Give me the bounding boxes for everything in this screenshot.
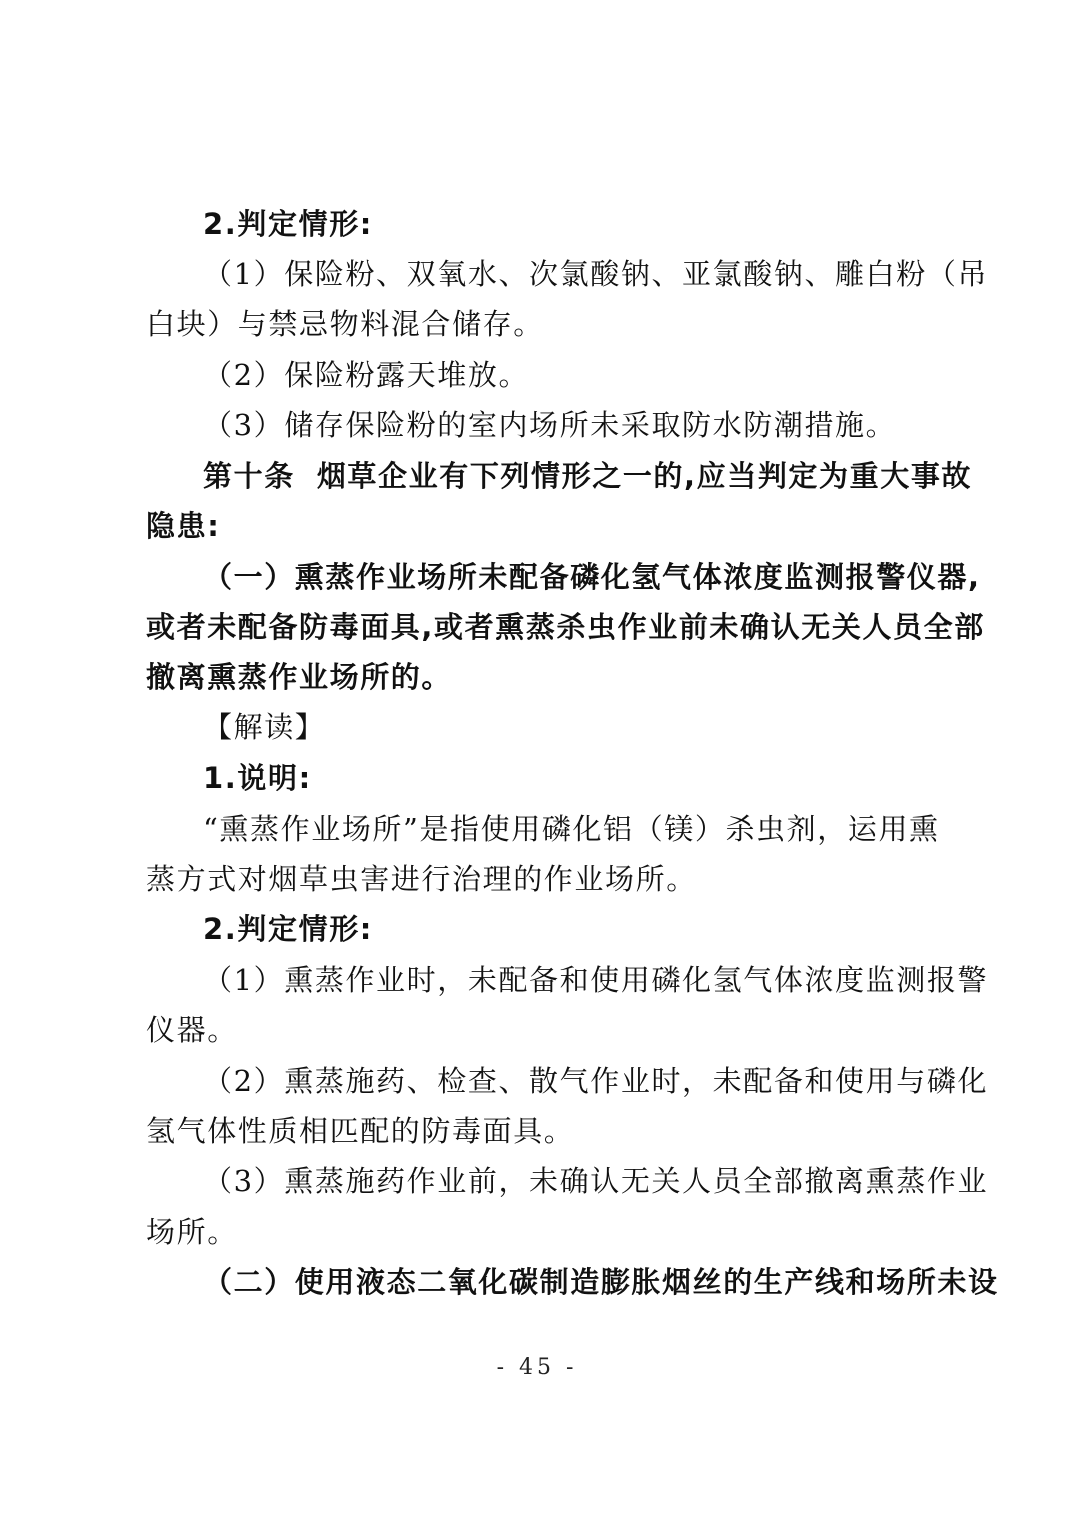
- article-ten-line-2: 隐患:: [146, 506, 220, 546]
- article-text: 烟草企业有下列情形之一的,应当判定为重大事故: [317, 459, 972, 493]
- prev-item-3: （3）储存保险粉的室内场所未采取防水防潮措施。: [203, 405, 896, 445]
- article-ten-line-1: 第十条烟草企业有下列情形之一的,应当判定为重大事故: [203, 456, 972, 496]
- interpretation-label: 【解读】: [203, 707, 325, 747]
- prev-item-1-line-1: （1）保险粉、双氧水、次氯酸钠、亚氯酸钠、雕白粉（吊: [203, 254, 988, 294]
- clause-1-line-1: （一）熏蒸作业场所未配备磷化氢气体浓度监测报警仪器,: [203, 557, 981, 597]
- judgement-item-1-line-1: （1）熏蒸作业时，未配备和使用磷化氢气体浓度监测报警: [203, 960, 988, 1000]
- explanation-heading: 1.说明:: [203, 758, 312, 798]
- judgement-item-2-line-1: （2）熏蒸施药、检查、散气作业时，未配备和使用与磷化: [203, 1061, 988, 1101]
- judgement-heading: 2.判定情形:: [203, 909, 373, 949]
- explanation-line-1: “熏蒸作业场所”是指使用磷化铝（镁）杀虫剂，运用熏: [203, 809, 940, 849]
- explanation-line-2: 蒸方式对烟草虫害进行治理的作业场所。: [146, 859, 697, 899]
- judgement-item-3-line-1: （3）熏蒸施药作业前，未确认无关人员全部撤离熏蒸作业: [203, 1161, 988, 1201]
- judgement-item-2-line-2: 氢气体性质相匹配的防毒面具。: [146, 1111, 574, 1151]
- judgement-item-1-line-2: 仪器。: [146, 1010, 238, 1050]
- clause-1-line-3: 撤离熏蒸作业场所的。: [146, 657, 452, 697]
- prev-item-1-line-2: 白块）与禁忌物料混合储存。: [146, 304, 544, 344]
- judgement-heading-prev: 2.判定情形:: [203, 204, 373, 244]
- judgement-item-3-line-2: 场所。: [146, 1212, 238, 1252]
- document-page: 2.判定情形: （1）保险粉、双氧水、次氯酸钠、亚氯酸钠、雕白粉（吊 白块）与禁…: [0, 0, 1074, 1520]
- clause-2-line-1: （二）使用液态二氧化碳制造膨胀烟丝的生产线和场所未设: [203, 1262, 999, 1302]
- article-label: 第十条: [203, 459, 295, 493]
- prev-item-2: （2）保险粉露天堆放。: [203, 355, 529, 395]
- clause-1-line-2: 或者未配备防毒面具,或者熏蒸杀虫作业前未确认无关人员全部: [146, 607, 985, 647]
- page-number: - 45 -: [0, 1353, 1074, 1383]
